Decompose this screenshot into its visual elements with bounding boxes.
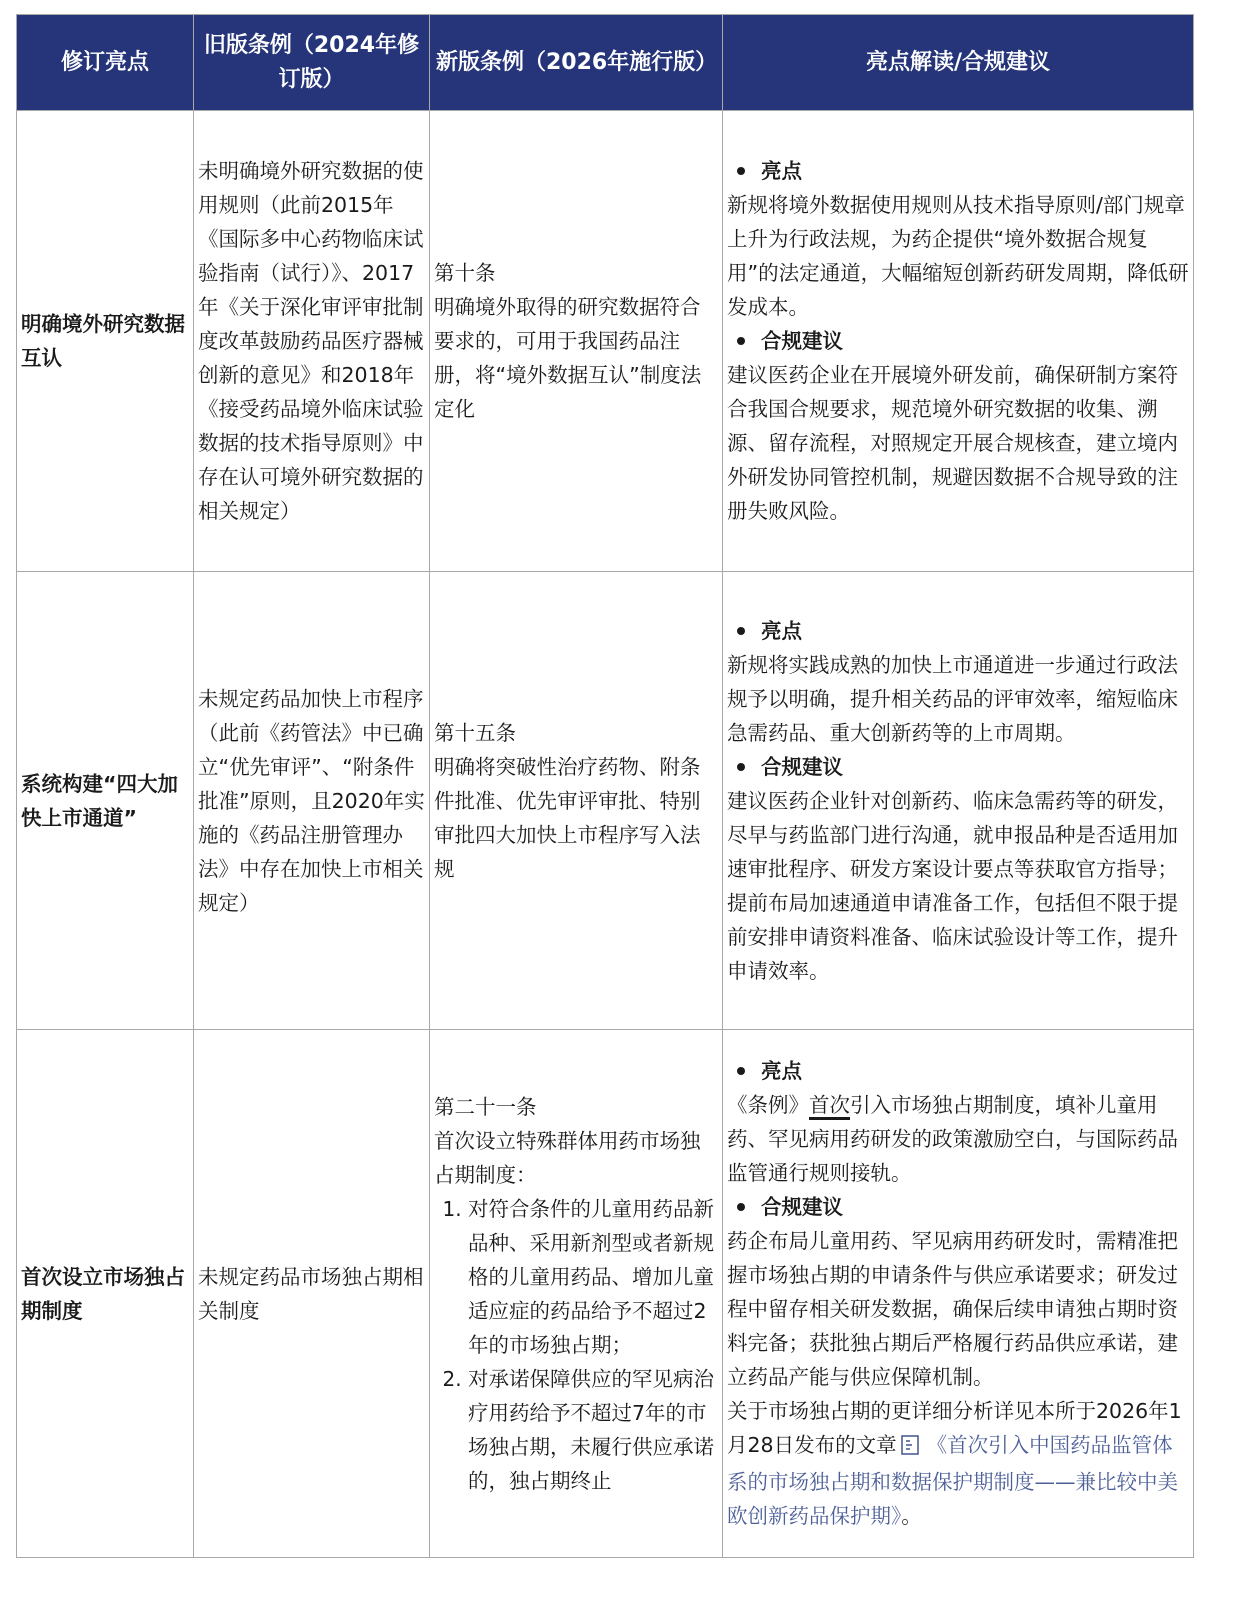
advice-text: 药企布局儿童用药、罕见病用药研发时，需精准把握市场独占期的申请条件与供应承诺要求…: [727, 1224, 1189, 1394]
table-row: 首次设立市场独占期制度 未规定药品市场独占期相关制度 第二十一条 首次设立特殊群…: [17, 1030, 1194, 1558]
bullet-icon: [737, 167, 745, 175]
header-new-regulation: 新版条例（2026年施行版）: [430, 15, 723, 111]
article-item: 对符合条件的儿童用药品新品种、采用新剂型或者新规格的儿童用药品、增加儿童适应症的…: [468, 1192, 718, 1362]
bullet-icon: [737, 1067, 745, 1075]
table-row: 系统构建“四大加快上市通道” 未规定药品加快上市程序（此前《药管法》中已确立“优…: [17, 572, 1194, 1030]
article-text: 首次设立特殊群体用药市场独占期制度：: [434, 1124, 718, 1192]
highlight-text: 新规将实践成熟的加快上市通道进一步通过行政法规予以明确，提升相关药品的评审效率，…: [727, 648, 1189, 750]
article-text: 明确将突破性治疗药物、附条件批准、优先审评审批、特别审批四大加快上市程序写入法规: [434, 750, 718, 886]
advice-heading: 合规建议: [727, 750, 1189, 784]
table-header-row: 修订亮点 旧版条例（2024年修订版） 新版条例（2026年施行版） 亮点解读/…: [17, 15, 1194, 111]
old-regulation-cell: 未规定药品市场独占期相关制度: [194, 1030, 430, 1558]
topic-cell: 系统构建“四大加快上市通道”: [17, 572, 194, 1030]
topic-cell: 明确境外研究数据互认: [17, 111, 194, 572]
header-old-regulation: 旧版条例（2024年修订版）: [194, 15, 430, 111]
article-item-list: 对符合条件的儿童用药品新品种、采用新剂型或者新规格的儿童用药品、增加儿童适应症的…: [434, 1192, 718, 1498]
interpretation-cell: 亮点 《条例》首次引入市场独占期制度，填补儿童用药、罕见病用药研发的政策激励空白…: [723, 1030, 1194, 1558]
old-regulation-cell: 未明确境外研究数据的使用规则（此前2015年《国际多中心药物临床试验指南（试行）…: [194, 111, 430, 572]
bullet-icon: [737, 1203, 745, 1211]
topic-cell: 首次设立市场独占期制度: [17, 1030, 194, 1558]
advice-text: 建议医药企业在开展境外研发前，确保研制方案符合我国合规要求，规范境外研究数据的收…: [727, 358, 1189, 528]
article-number: 第二十一条: [434, 1090, 718, 1124]
new-regulation-cell: 第二十一条 首次设立特殊群体用药市场独占期制度： 对符合条件的儿童用药品新品种、…: [430, 1030, 723, 1558]
highlight-heading: 亮点: [727, 154, 1189, 188]
header-interpretation: 亮点解读/合规建议: [723, 15, 1194, 111]
advice-heading: 合规建议: [727, 1190, 1189, 1224]
bullet-icon: [737, 337, 745, 345]
reference-text: 关于市场独占期的更详细分析详见本所于2026年1月28日发布的文章《首次引入中国…: [727, 1394, 1189, 1533]
article-number: 第十条: [434, 256, 718, 290]
document-icon[interactable]: [901, 1431, 919, 1465]
highlight-heading: 亮点: [727, 614, 1189, 648]
new-regulation-cell: 第十五条 明确将突破性治疗药物、附条件批准、优先审评审批、特别审批四大加快上市程…: [430, 572, 723, 1030]
advice-heading: 合规建议: [727, 324, 1189, 358]
interpretation-cell: 亮点 新规将境外数据使用规则从技术指导原则/部门规章上升为行政法规，为药企提供“…: [723, 111, 1194, 572]
article-number: 第十五条: [434, 716, 718, 750]
article-item: 对承诺保障供应的罕见病治疗用药给予不超过7年的市场独占期，未履行供应承诺的，独占…: [468, 1362, 718, 1498]
old-regulation-cell: 未规定药品加快上市程序（此前《药管法》中已确立“优先审评”、“附条件批准”原则，…: [194, 572, 430, 1030]
table-row: 明确境外研究数据互认 未明确境外研究数据的使用规则（此前2015年《国际多中心药…: [17, 111, 1194, 572]
bullet-icon: [737, 627, 745, 635]
interpretation-cell: 亮点 新规将实践成熟的加快上市通道进一步通过行政法规予以明确，提升相关药品的评审…: [723, 572, 1194, 1030]
highlight-heading: 亮点: [727, 1054, 1189, 1088]
highlight-text: 《条例》首次引入市场独占期制度，填补儿童用药、罕见病用药研发的政策激励空白，与国…: [727, 1088, 1189, 1190]
regulation-comparison-table: 修订亮点 旧版条例（2024年修订版） 新版条例（2026年施行版） 亮点解读/…: [16, 14, 1194, 1558]
header-highlight: 修订亮点: [17, 15, 194, 111]
new-regulation-cell: 第十条 明确境外取得的研究数据符合要求的，可用于我国药品注册，将“境外数据互认”…: [430, 111, 723, 572]
emphasis-text: 首次: [809, 1093, 850, 1120]
advice-text: 建议医药企业针对创新药、临床急需药等的研发，尽早与药监部门进行沟通，就申报品种是…: [727, 784, 1189, 988]
article-text: 明确境外取得的研究数据符合要求的，可用于我国药品注册，将“境外数据互认”制度法定…: [434, 290, 718, 426]
highlight-text: 新规将境外数据使用规则从技术指导原则/部门规章上升为行政法规，为药企提供“境外数…: [727, 188, 1189, 324]
bullet-icon: [737, 763, 745, 771]
